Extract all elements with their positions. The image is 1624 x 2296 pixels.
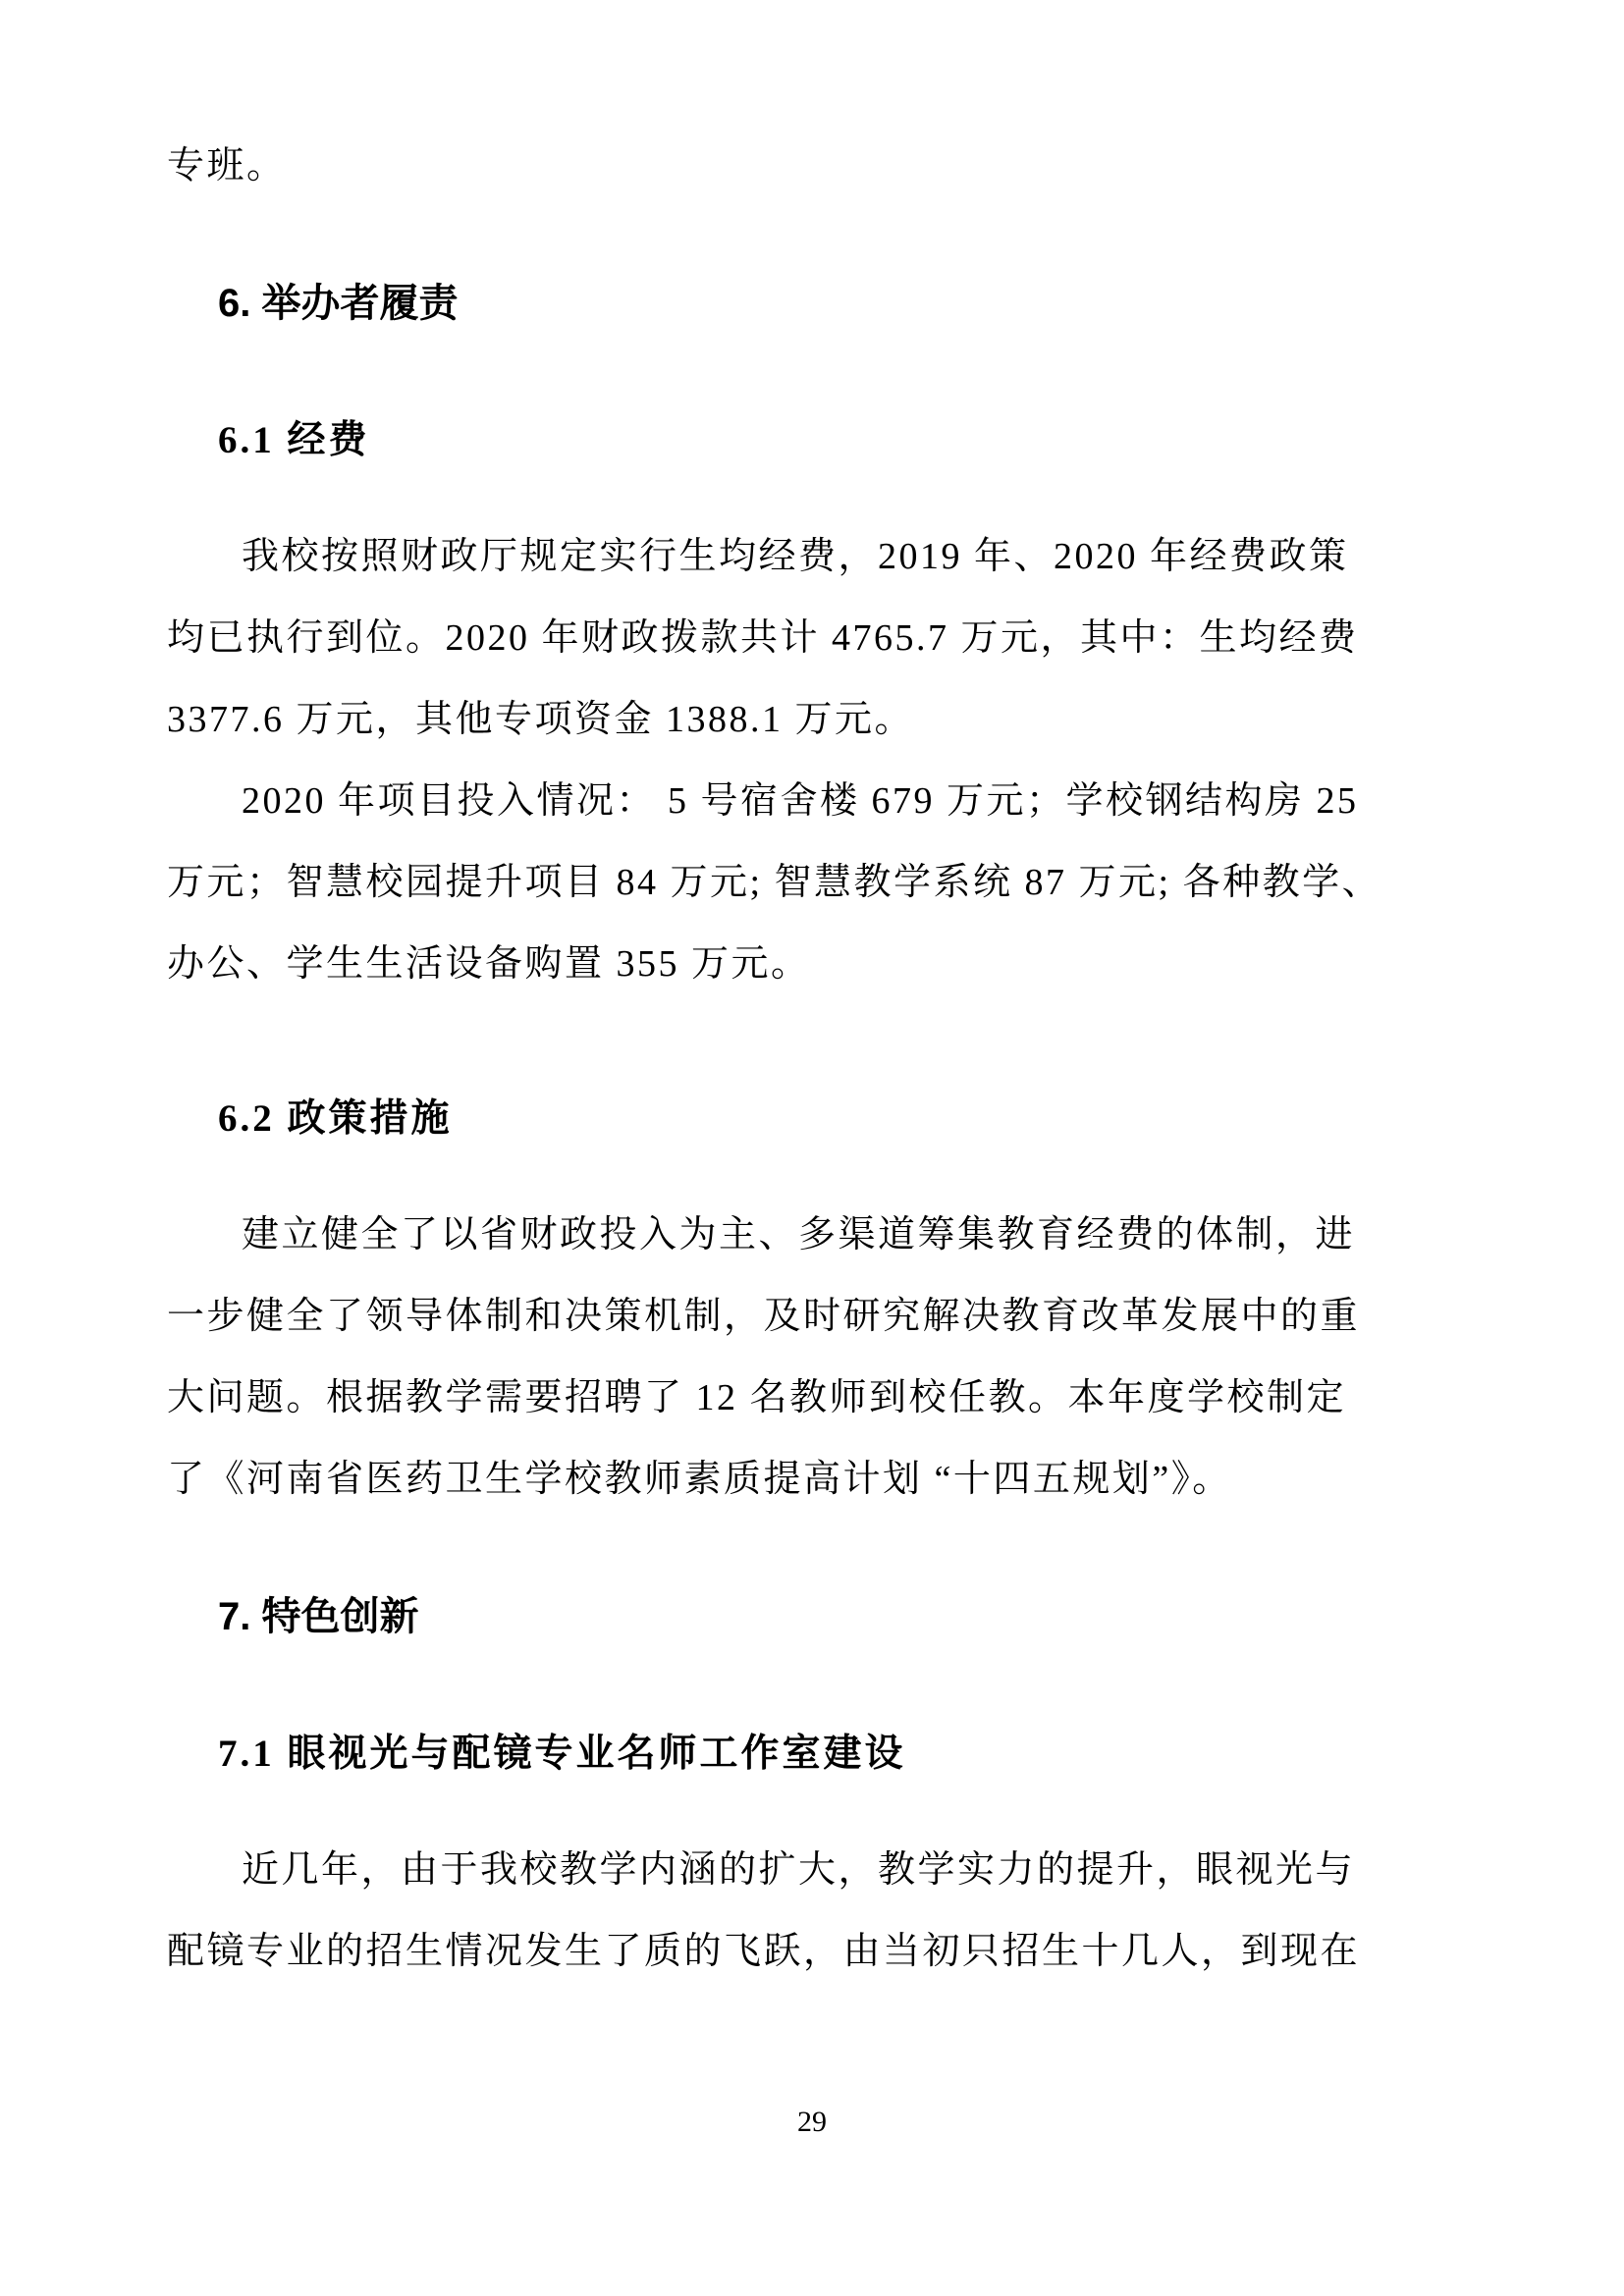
paragraph-line: 一步健全了领导体制和决策机制，及时研究解决教育改革发展中的重 — [167, 1276, 1452, 1358]
section-6-2-paragraph: 建立健全了以省财政投入为主、多渠道筹集教育经费的体制，进 一步健全了领导体制和决… — [167, 1195, 1452, 1521]
paragraph-line: 大问题。根据教学需要招聘了 12 名教师到校任教。本年度学校制定 — [167, 1358, 1452, 1439]
paragraph-line: 均已执行到位。2020 年财政拨款共计 4765.7 万元，其中：生均经费 — [167, 598, 1452, 679]
paragraph-continuation-line: 专班。 — [167, 126, 1452, 207]
section-7-1-heading: 7.1 眼视光与配镜专业名师工作室建设 — [218, 1735, 1452, 1773]
paragraph-line: 了《河南省医药卫生学校教师素质提高计划 “十四五规划”》。 — [167, 1439, 1452, 1521]
section-7-heading: 7. 特色创新 — [218, 1597, 1452, 1636]
paragraph-line: 万元；智慧校园提升项目 84 万元; 智慧教学系统 87 万元; 各种教学、 — [167, 842, 1452, 924]
paragraph-line: 近几年，由于我校教学内涵的扩大，教学实力的提升，眼视光与 — [167, 1830, 1452, 1911]
paragraph-line: 2020 年项目投入情况： 5 号宿舍楼 679 万元；学校钢结构房 25 — [167, 761, 1452, 842]
section-6-1-paragraph-1: 我校按照财政厅规定实行生均经费，2019 年、2020 年经费政策 均已执行到位… — [167, 516, 1452, 761]
paragraph-line: 配镜专业的招生情况发生了质的飞跃，由当初只招生十几人，到现在 — [167, 1911, 1452, 1993]
document-page: 专班。 6. 举办者履责 6.1 经费 我校按照财政厅规定实行生均经费，2019… — [0, 0, 1624, 2296]
page-number: 29 — [0, 2106, 1624, 2139]
section-7-1-paragraph: 近几年，由于我校教学内涵的扩大，教学实力的提升，眼视光与 配镜专业的招生情况发生… — [167, 1830, 1452, 1993]
paragraph-line: 3377.6 万元，其他专项资金 1388.1 万元。 — [167, 679, 1452, 761]
paragraph-line: 办公、学生生活设备购置 355 万元。 — [167, 924, 1452, 1005]
paragraph-line: 我校按照财政厅规定实行生均经费，2019 年、2020 年经费政策 — [167, 516, 1452, 598]
section-6-heading: 6. 举办者履责 — [218, 284, 1452, 323]
section-6-1-heading: 6.1 经费 — [218, 421, 1452, 459]
section-6-1-paragraph-2: 2020 年项目投入情况： 5 号宿舍楼 679 万元；学校钢结构房 25 万元… — [167, 761, 1452, 1005]
section-6-2-heading: 6.2 政策措施 — [218, 1099, 1452, 1138]
paragraph-line: 建立健全了以省财政投入为主、多渠道筹集教育经费的体制，进 — [167, 1195, 1452, 1276]
